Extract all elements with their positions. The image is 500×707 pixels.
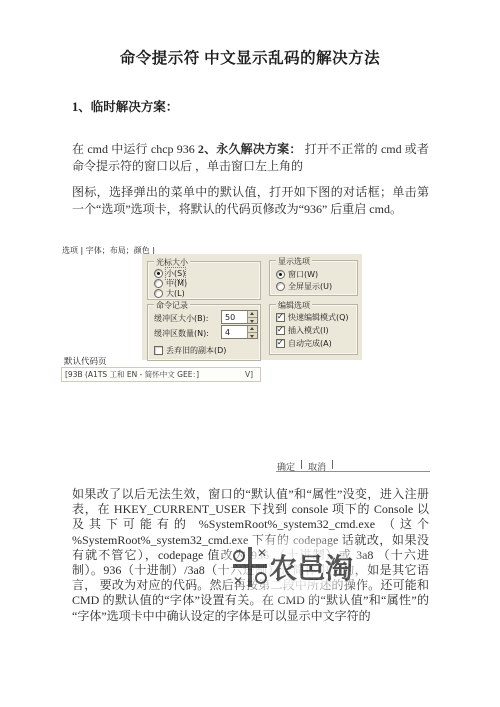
checkbox-label: 插入模式(I) (288, 325, 329, 336)
codepage-value: [93B (A1TS 工和 EN - 简怀中文 GEE：] (62, 369, 245, 380)
buffer-count-label: 缓冲区数量(N): (154, 328, 209, 339)
radio-selected-icon (154, 269, 163, 278)
logo-circle-icon (233, 550, 245, 562)
document-page: 命令提示符 中文显示乱码的解决方法 1、临时解决方案： 在 cmd 中运行 ch… (0, 0, 500, 707)
buffer-count-row: 缓冲区数量(N): (154, 328, 209, 339)
checkbox-insert-mode[interactable]: 插入模式(I) (276, 325, 329, 336)
paragraph-instructions: 图标，选择弹出的菜单中的默认值，打开如下图的对话框；单击第一个“选项”选项卡，将… (72, 184, 429, 217)
logo-x-icon: ✕ (257, 548, 268, 559)
group-display-options: 显示选项 窗口(W) 全屏显示(U) (269, 260, 358, 296)
group-title: 命令记录 (154, 300, 190, 311)
radio-option-large[interactable]: 大(L) (154, 288, 185, 299)
checkbox-quick-edit[interactable]: 快速编辑模式(Q) (276, 312, 349, 323)
watermark: ✕ ✕ 农邑淘 (233, 547, 353, 587)
paragraph-text: 在 cmd 中运行 chcp 936 (72, 142, 198, 156)
radio-selected-icon (276, 270, 285, 279)
watermark-text: 农邑淘 (269, 547, 353, 587)
spinner-down-icon[interactable] (248, 333, 257, 339)
checkbox-label: 丢弃旧的副本(D) (166, 345, 226, 356)
group-title: 显示选项 (276, 256, 312, 267)
checkbox-autocomplete[interactable]: 自动完成(A) (276, 338, 332, 349)
group-command-history: 命令记录 缓冲区大小(B): 50 缓冲区数量(N): 4 丢弃旧的副本(D) (147, 304, 261, 361)
radio-icon (154, 279, 163, 288)
checkbox-checked-icon (276, 313, 285, 322)
page-title: 命令提示符 中文显示乱码的解决方法 (0, 46, 500, 68)
logo-horizontal-bar (233, 564, 267, 568)
combobox-dropdown-icon[interactable]: V] (245, 370, 260, 379)
radio-option-window[interactable]: 窗口(W) (276, 269, 318, 280)
watermark-logo-icon: ✕ ✕ (233, 547, 267, 587)
checkbox-label: 快速编辑模式(Q) (288, 312, 349, 323)
buffer-count-value: 4 (222, 328, 247, 337)
spinner (247, 326, 257, 338)
logo-circle-icon (255, 572, 267, 584)
group-cursor-size: 光标大小 小(S) 中(M) 大(L) (147, 261, 261, 300)
radio-label: 全屏显示(U) (288, 281, 332, 292)
checkbox-unchecked-icon (154, 346, 163, 355)
section-heading-temporary-solution: 1、临时解决方案： (72, 97, 178, 115)
radio-label: 大(L) (166, 288, 185, 299)
checkbox-checked-icon (276, 339, 285, 348)
checkbox-discard-duplicates[interactable]: 丢弃旧的副本(D) (154, 345, 226, 356)
checkbox-label: 自动完成(A) (288, 338, 332, 349)
buffer-size-label: 缓冲区大小(B): (154, 313, 208, 324)
buffer-size-input[interactable]: 50 (221, 310, 258, 324)
default-codepage-label: 默认代码页 (64, 355, 107, 367)
radio-option-fullscreen[interactable]: 全屏显示(U) (276, 281, 332, 292)
group-title: 光标大小 (154, 257, 190, 268)
buffer-size-row: 缓冲区大小(B): (154, 313, 208, 324)
buffer-size-value: 50 (222, 313, 247, 322)
radio-icon (276, 282, 285, 291)
group-edit-options: 编辑选项 快速编辑模式(Q) 插入模式(I) 自动完成(A) (269, 304, 358, 355)
codepage-combobox[interactable]: [93B (A1TS 工和 EN - 简怀中文 GEE：] V] (61, 367, 261, 382)
permanent-solution-heading: 2、永久解决方案： (198, 142, 302, 156)
radio-icon (154, 289, 163, 298)
buffer-count-input[interactable]: 4 (221, 325, 258, 339)
spinner (247, 311, 257, 323)
spinner-down-icon[interactable] (248, 318, 257, 324)
group-title: 编辑选项 (276, 300, 312, 311)
paragraph-temporary-and-permanent: 在 cmd 中运行 chcp 936 2、永久解决方案： 打开不正常的 cmd … (72, 141, 429, 174)
dialog-bottom-divider (276, 471, 430, 472)
logo-x-icon: ✕ (233, 576, 244, 587)
checkbox-checked-icon (276, 326, 285, 335)
radio-label: 窗口(W) (288, 269, 318, 280)
